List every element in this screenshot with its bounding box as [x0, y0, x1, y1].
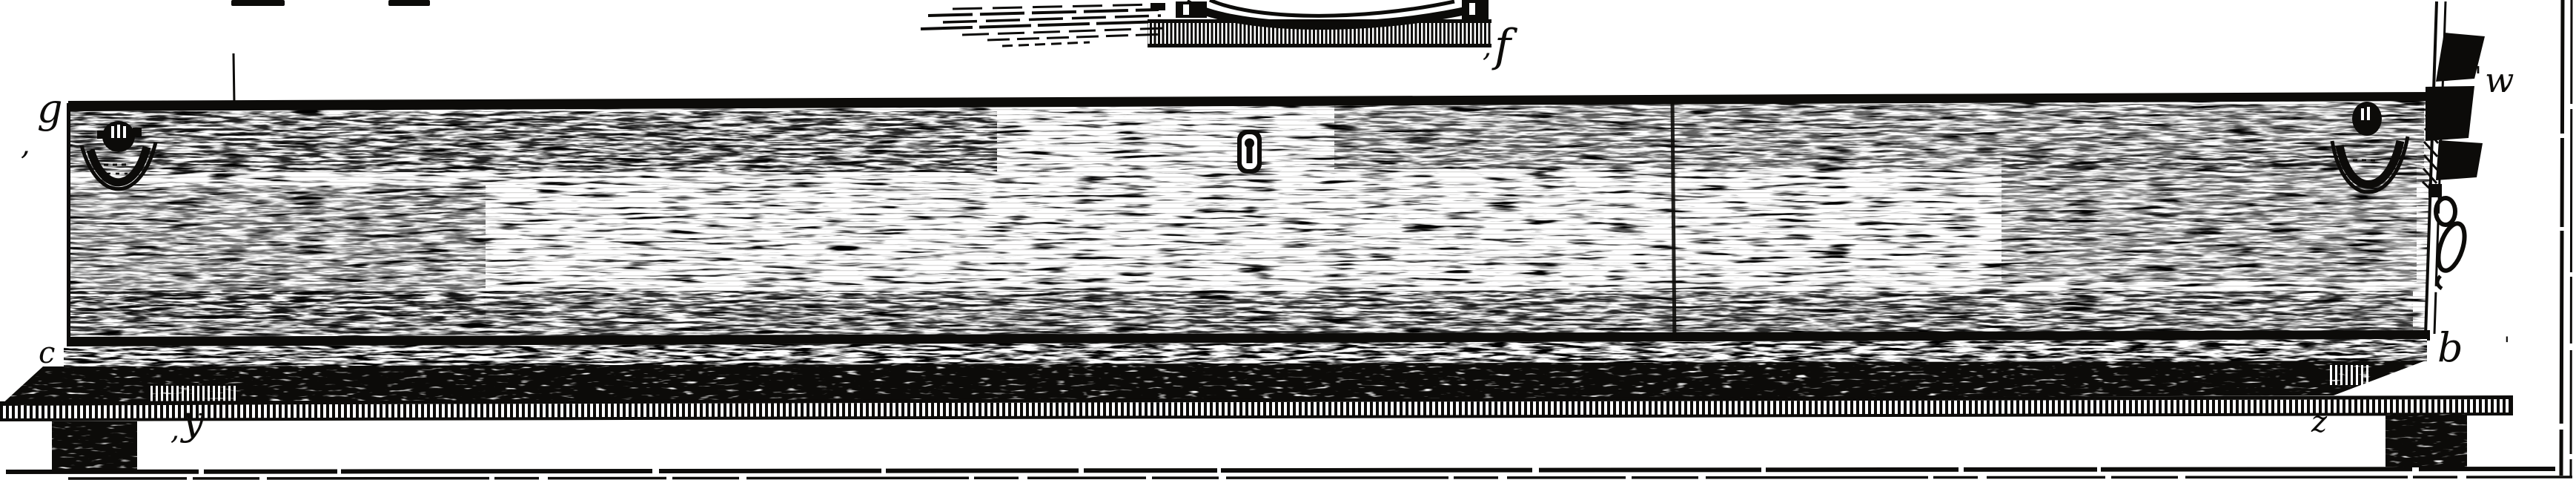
label-g: g: [37, 85, 63, 132]
chest-left-edge: [67, 103, 70, 339]
label-y: y: [180, 397, 205, 444]
board-seam-line: [1672, 99, 1675, 347]
label-b: b: [2437, 324, 2463, 371]
label-c: c: [39, 336, 55, 370]
label-b-tick: ': [2504, 332, 2510, 357]
label-w-tick: ': [2474, 62, 2482, 93]
right-foot: [2385, 414, 2467, 467]
label-z: z: [2311, 405, 2328, 439]
keyhole-escutcheon: [1237, 130, 1262, 174]
left-foot: [52, 421, 137, 471]
engraved-plate: g , f , w ' c b ' y , z: [0, 0, 2576, 480]
label-g-tick: ,: [21, 128, 30, 162]
label-f-tick: ,: [1483, 30, 1491, 63]
label-y-tick: ,: [170, 413, 179, 446]
label-w: w: [2485, 60, 2514, 100]
